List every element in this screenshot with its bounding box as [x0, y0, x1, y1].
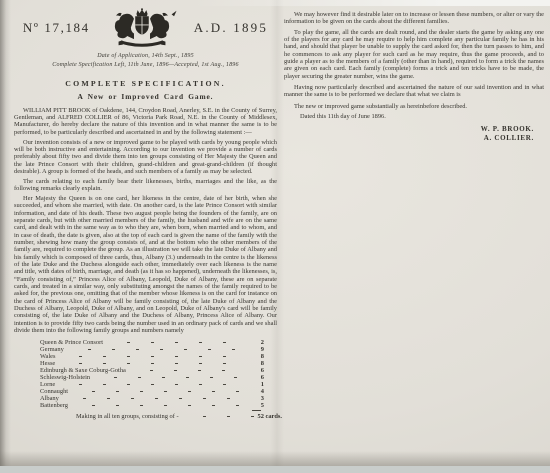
table-row: Connaught4	[40, 388, 264, 395]
royal-coat-of-arms-icon	[105, 7, 179, 49]
total-label: Making in all ten groups, consisting of …	[76, 413, 179, 420]
table-total-row: Making in all ten groups, consisting of …	[76, 413, 282, 420]
paragraph-invention: Our invention consists of a new or impro…	[14, 139, 277, 176]
dash-leader	[182, 416, 255, 417]
page-shadow-left	[0, 0, 11, 473]
paragraph-description: Her Majesty the Queen is on one card, he…	[14, 195, 277, 335]
dash-leader	[62, 398, 246, 399]
paragraph-numbers-note: We may however find it desirable later o…	[284, 11, 544, 26]
patent-document-page: Nº 17,184	[0, 0, 550, 473]
dash-leader	[58, 356, 246, 357]
dash-leader	[67, 349, 246, 350]
family-groups-table: Queen & Prince Consort2 Germany9 Wales8 …	[40, 340, 264, 421]
page-shadow-bottom	[0, 451, 550, 466]
sum-rule	[252, 410, 261, 411]
patent-year: A.D. 1895	[194, 24, 268, 31]
dated-line: Dated this 11th day of June 1896.	[284, 113, 544, 120]
application-date-line: Date of Application, 14th Sept., 1895	[14, 52, 277, 61]
dash-leader	[58, 384, 246, 385]
signatures: W. P. BROOK. A. COLLIER.	[284, 125, 544, 143]
table-row: Schleswig-Holstein6	[40, 374, 264, 381]
dash-leader	[106, 342, 246, 343]
dash-leader	[58, 363, 246, 364]
paragraph-claim-intro: Having now particularly described and as…	[284, 84, 544, 99]
document-title: COMPLETE SPECIFICATION.	[14, 80, 277, 87]
family-name: Battenberg	[40, 402, 68, 409]
table-row: Germany9	[40, 346, 264, 353]
patent-number: Nº 17,184	[23, 24, 90, 31]
paragraph-how-to-play: To play the game, all the cards are deal…	[284, 29, 544, 80]
signature-collier: A. COLLIER.	[284, 134, 534, 143]
table-row: Lorne1	[40, 381, 264, 388]
claim-statement: The new or improved game substantially a…	[284, 103, 544, 110]
specification-date-line: Complete Specification Left, 11th June, …	[14, 61, 277, 70]
table-row: Battenberg5	[40, 402, 264, 409]
left-column: Nº 17,184	[14, 0, 277, 420]
page-fold-shadow	[270, 0, 284, 473]
dash-leader	[93, 377, 246, 378]
scan-edge-bottom	[0, 466, 550, 473]
patent-header: Nº 17,184	[14, 7, 277, 49]
right-column: We may however find it desirable later o…	[284, 11, 544, 143]
dash-leader	[71, 391, 246, 392]
dash-leader	[129, 370, 246, 371]
scan-edge-top	[193, 0, 550, 6]
dash-leader	[71, 405, 246, 406]
signature-brook: W. P. BROOK.	[284, 125, 534, 134]
invention-title: A New or Improved Card Game.	[14, 93, 277, 100]
table-row: Wales8	[40, 353, 264, 360]
table-row: Queen & Prince Consort2	[40, 340, 264, 347]
card-count: 5	[249, 402, 264, 409]
paragraph-cards: The cards relating to each family bear t…	[14, 178, 277, 193]
table-row: Albany3	[40, 395, 264, 402]
paragraph-declaration: WILLIAM PITT BROOK of Oakdene, 144, Croy…	[14, 107, 277, 136]
